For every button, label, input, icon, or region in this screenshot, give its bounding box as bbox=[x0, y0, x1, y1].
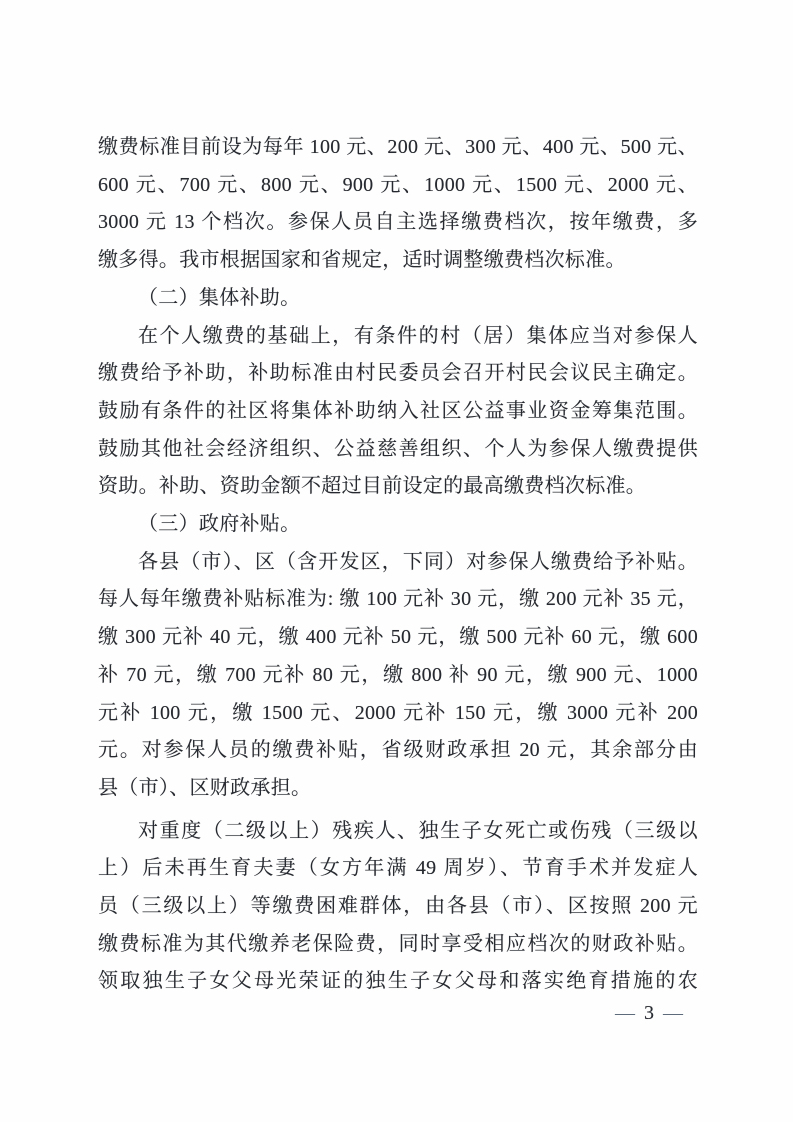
document-line: 员（三级以上）等缴费困难群体，由各县（市）、区按照 200 元 bbox=[98, 888, 698, 926]
document-line: 在个人缴费的基础上，有条件的村（居）集体应当对参保人 bbox=[98, 318, 698, 356]
document-line: 缴费标准为其代缴养老保险费，同时享受相应档次的财政补贴。 bbox=[98, 926, 698, 964]
document-line: 资助。补助、资助金额不超过目前设定的最高缴费档次标准。 bbox=[98, 468, 698, 506]
page-number: —3— bbox=[98, 999, 698, 1027]
document-line: 补 70 元，缴 700 元补 80 元，缴 800 补 90 元，缴 900 … bbox=[98, 657, 698, 695]
document-line: 缴费标准目前设为每年 100 元、200 元、300 元、400 元、500 元… bbox=[98, 129, 698, 167]
document-line: 缴费给予补助，补助标准由村民委员会召开村民会议民主确定。 bbox=[98, 355, 698, 393]
document-line: 缴 300 元补 40 元，缴 400 元补 50 元，缴 500 元补 60 … bbox=[98, 619, 698, 657]
document-section-heading: （二）集体补助。 bbox=[98, 280, 698, 318]
page: 缴费标准目前设为每年 100 元、200 元、300 元、400 元、500 元… bbox=[0, 0, 793, 1122]
document-line: 3000 元 13 个档次。参保人员自主选择缴费档次，按年缴费，多 bbox=[98, 204, 698, 242]
document-line: 缴多得。我市根据国家和省规定，适时调整缴费档次标准。 bbox=[98, 242, 698, 280]
document-line: 县（市）、区财政承担。 bbox=[98, 770, 698, 808]
document-body: 缴费标准目前设为每年 100 元、200 元、300 元、400 元、500 元… bbox=[98, 129, 698, 1001]
document-line: 600 元、700 元、800 元、900 元、1000 元、1500 元、20… bbox=[98, 167, 698, 205]
page-number-dash-right: — bbox=[663, 1002, 684, 1024]
document-line: 每人每年缴费补贴标准为: 缴 100 元补 30 元，缴 200 元补 35 元… bbox=[98, 581, 698, 619]
document-line: 鼓励其他社会经济组织、公益慈善组织、个人为参保人缴费提供 bbox=[98, 431, 698, 469]
document-line: 鼓励有条件的社区将集体补助纳入社区公益事业资金筹集范围。 bbox=[98, 393, 698, 431]
document-line: 对重度（二级以上）残疾人、独生子女死亡或伤残（三级以 bbox=[98, 813, 698, 851]
document-line: 元补 100 元，缴 1500 元、2000 元补 150 元，缴 3000 元… bbox=[98, 695, 698, 733]
document-line: 领取独生子女父母光荣证的独生子女父母和落实绝育措施的农 bbox=[98, 963, 698, 1001]
page-number-dash-left: — bbox=[615, 1002, 636, 1024]
document-line: 上）后未再生育夫妻（女方年满 49 周岁）、节育手术并发症人 bbox=[98, 850, 698, 888]
document-line: 各县（市）、区（含开发区，下同）对参保人缴费给予补贴。 bbox=[98, 544, 698, 582]
document-line: 元。对参保人员的缴费补贴，省级财政承担 20 元，其余部分由 bbox=[98, 732, 698, 770]
page-number-value: 3 bbox=[636, 1002, 663, 1024]
document-section-heading: （三）政府补贴。 bbox=[98, 506, 698, 544]
